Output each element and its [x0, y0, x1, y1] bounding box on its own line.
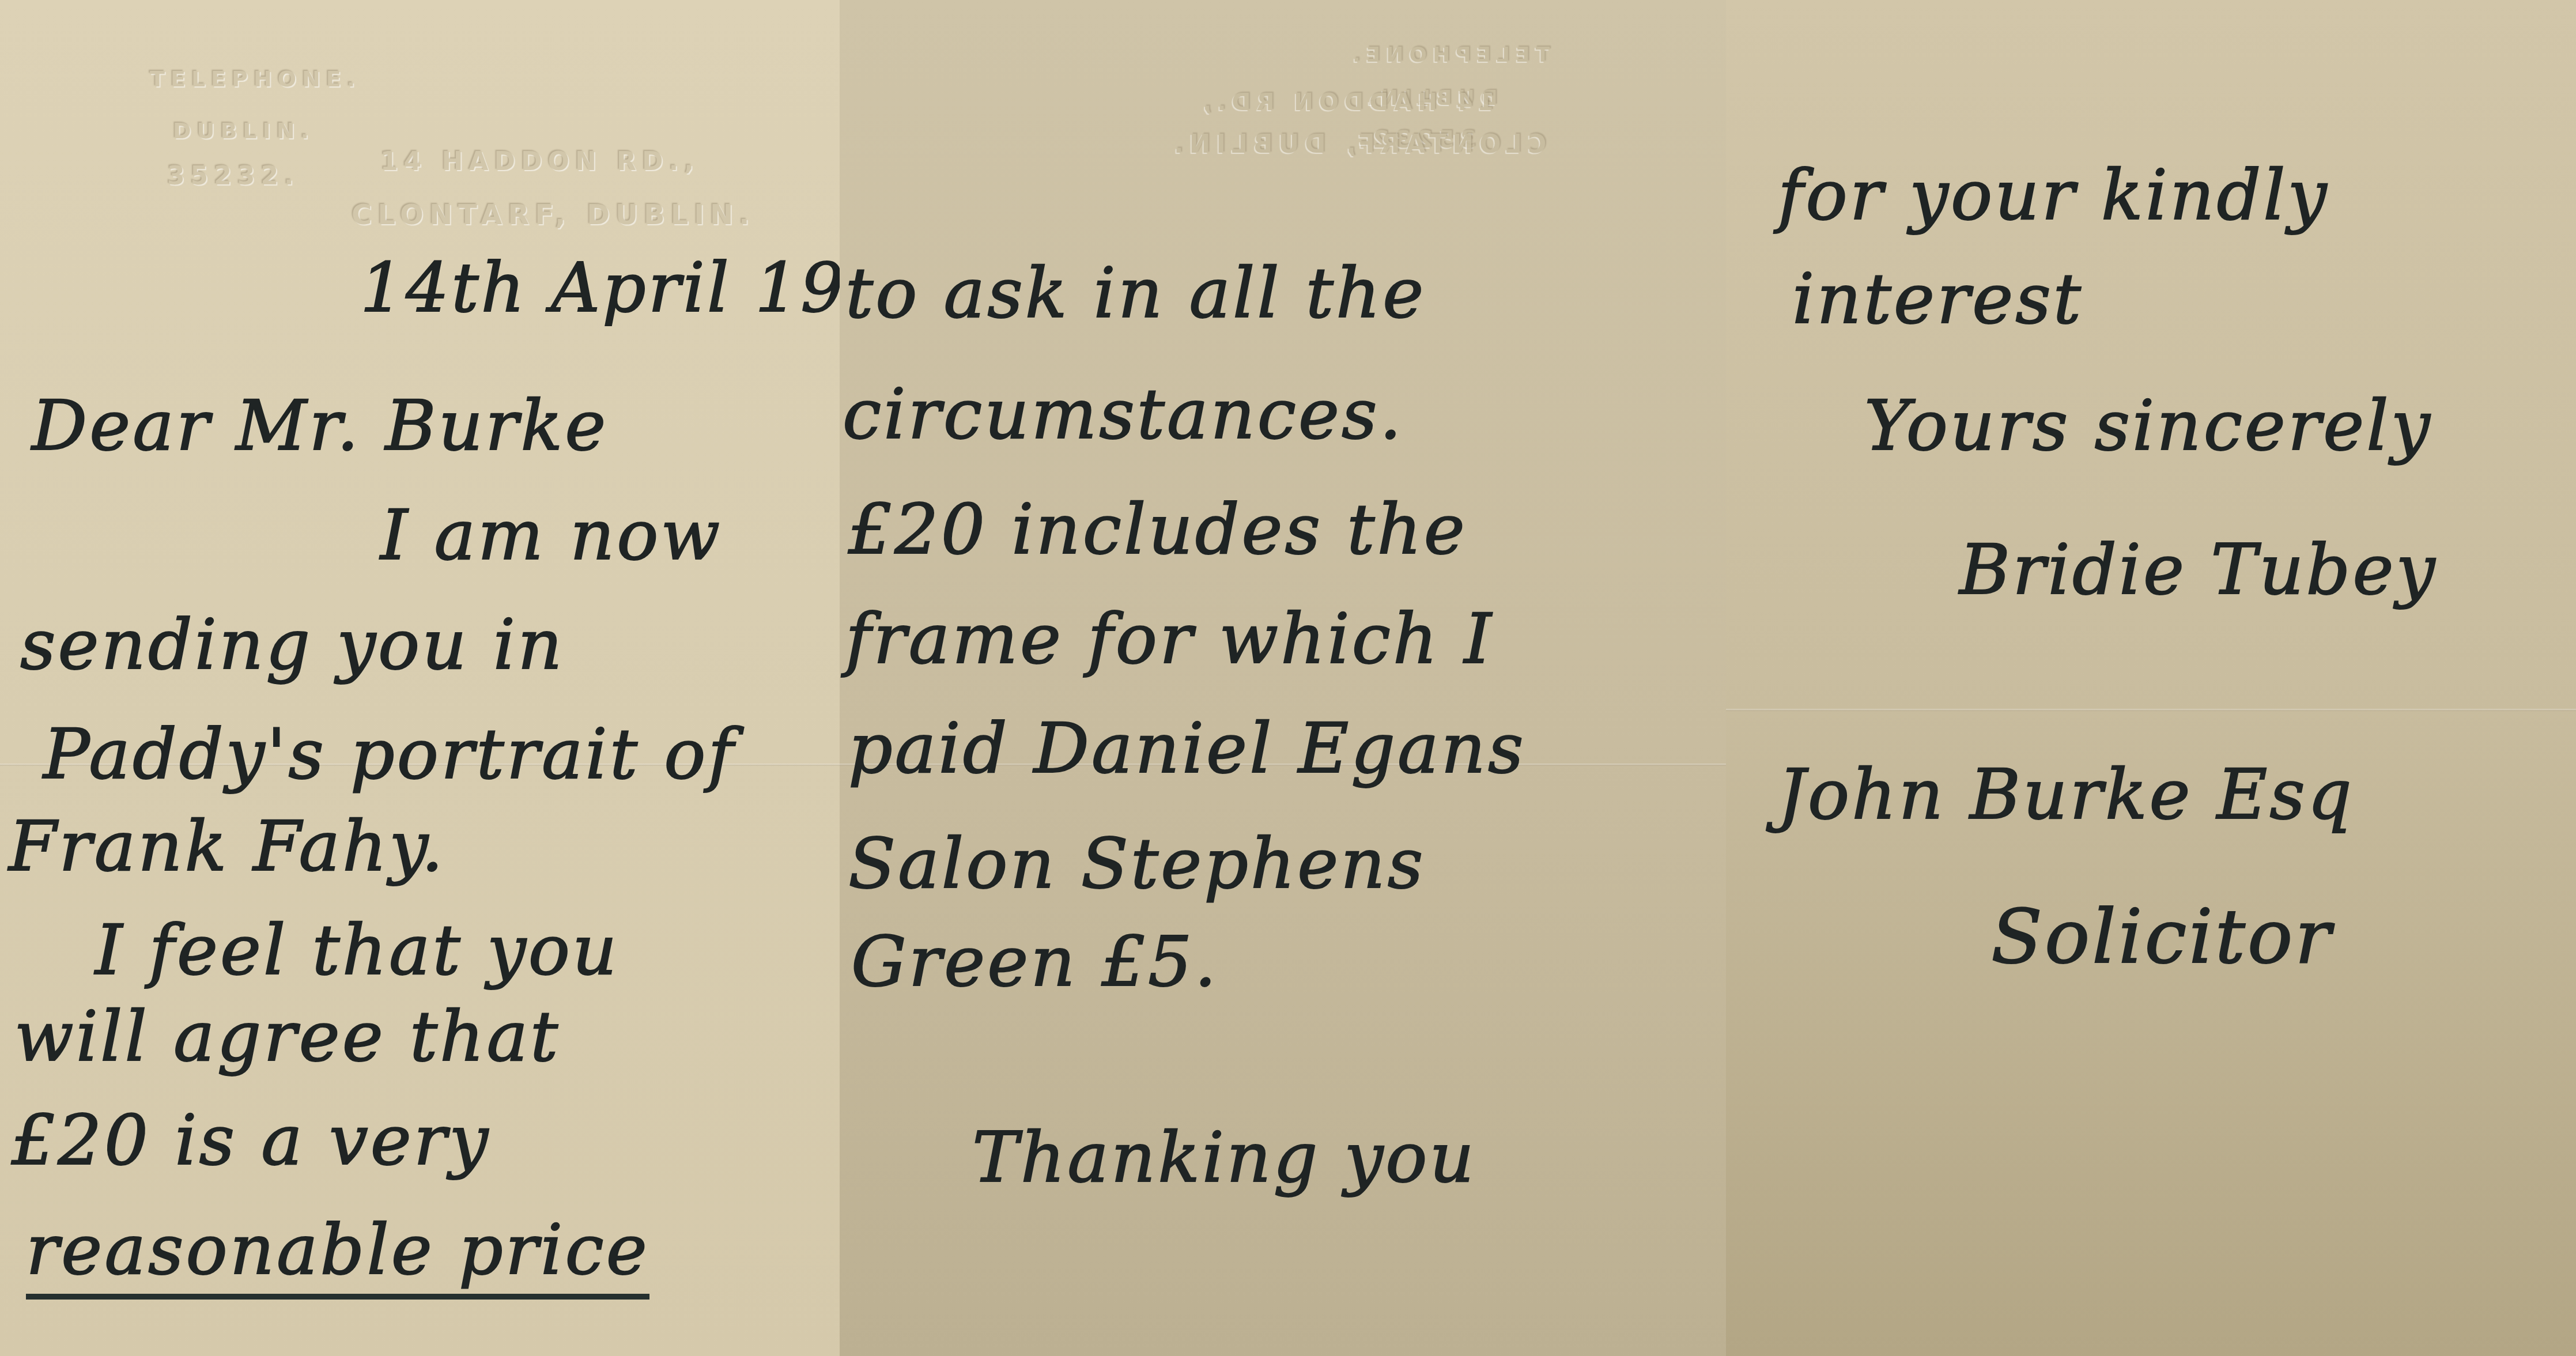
letter-line: Frank Fahy. [9, 813, 445, 882]
letter-line: interest [1792, 265, 2083, 334]
letter-page-2: Telephone. Dublin. 35232. 14 Haddon Rd.,… [840, 0, 1726, 1356]
letterhead-telephone-number: 35232. [167, 161, 300, 191]
paper-fold-line [1726, 709, 2576, 711]
letterhead-mirror-address-line1: 14 Haddon Rd., [1197, 89, 1494, 116]
letter-closing: Yours sincerely [1864, 392, 2432, 461]
recipient-title: Solicitor [1991, 899, 2333, 974]
letter-line: will agree that [14, 1003, 560, 1072]
letter-page-1: Telephone. Dublin. 35232. 14 Haddon Rd.,… [0, 0, 840, 1356]
recipient-name: John Burke Esq [1778, 761, 2354, 830]
letter-line: £20 includes the [848, 496, 1467, 565]
letter-line: I feel that you [95, 916, 619, 985]
letter-line: frame for which I [845, 605, 1494, 674]
letter-line: circumstances. [843, 380, 1404, 450]
letter-line: Thanking you [972, 1124, 1476, 1193]
letter-line: I am now [380, 501, 722, 571]
letter-line-underlined: reasonable price [26, 1216, 649, 1285]
letterhead-telephone-city: Dublin. [173, 118, 315, 143]
letter-line: for your kindly [1778, 161, 2329, 231]
letterhead-mirror-address-line2: Clontarf, Dublin. [1168, 130, 1546, 159]
letter-date: 14th April 1939 [360, 254, 840, 322]
letter-line: Green £5. [851, 928, 1219, 997]
letter-line: Salon Stephens [848, 830, 1425, 899]
letterhead-address-line2: Clontarf, Dublin. [352, 199, 755, 231]
letterhead-mirror-telephone-label: Telephone. [1347, 43, 1550, 67]
letter-page-3: for your kindly interest Yours sincerely… [1726, 0, 2576, 1356]
letter-line: sending you in [20, 611, 564, 680]
letter-salutation: Dear Mr. Burke [32, 392, 608, 461]
letter-line: £20 is a very [12, 1106, 490, 1176]
letter-line: paid Daniel Egans [848, 715, 1525, 784]
letter-line: Paddy's portrait of [43, 720, 736, 790]
letter-line: to ask in all the [845, 259, 1426, 328]
letterhead-telephone-label: Telephone. [150, 66, 361, 92]
underlined-text: reasonable price [26, 1210, 649, 1300]
letterhead-address-line1: 14 Haddon Rd., [380, 147, 700, 176]
letter-signature: Bridie Tubey [1959, 536, 2437, 605]
